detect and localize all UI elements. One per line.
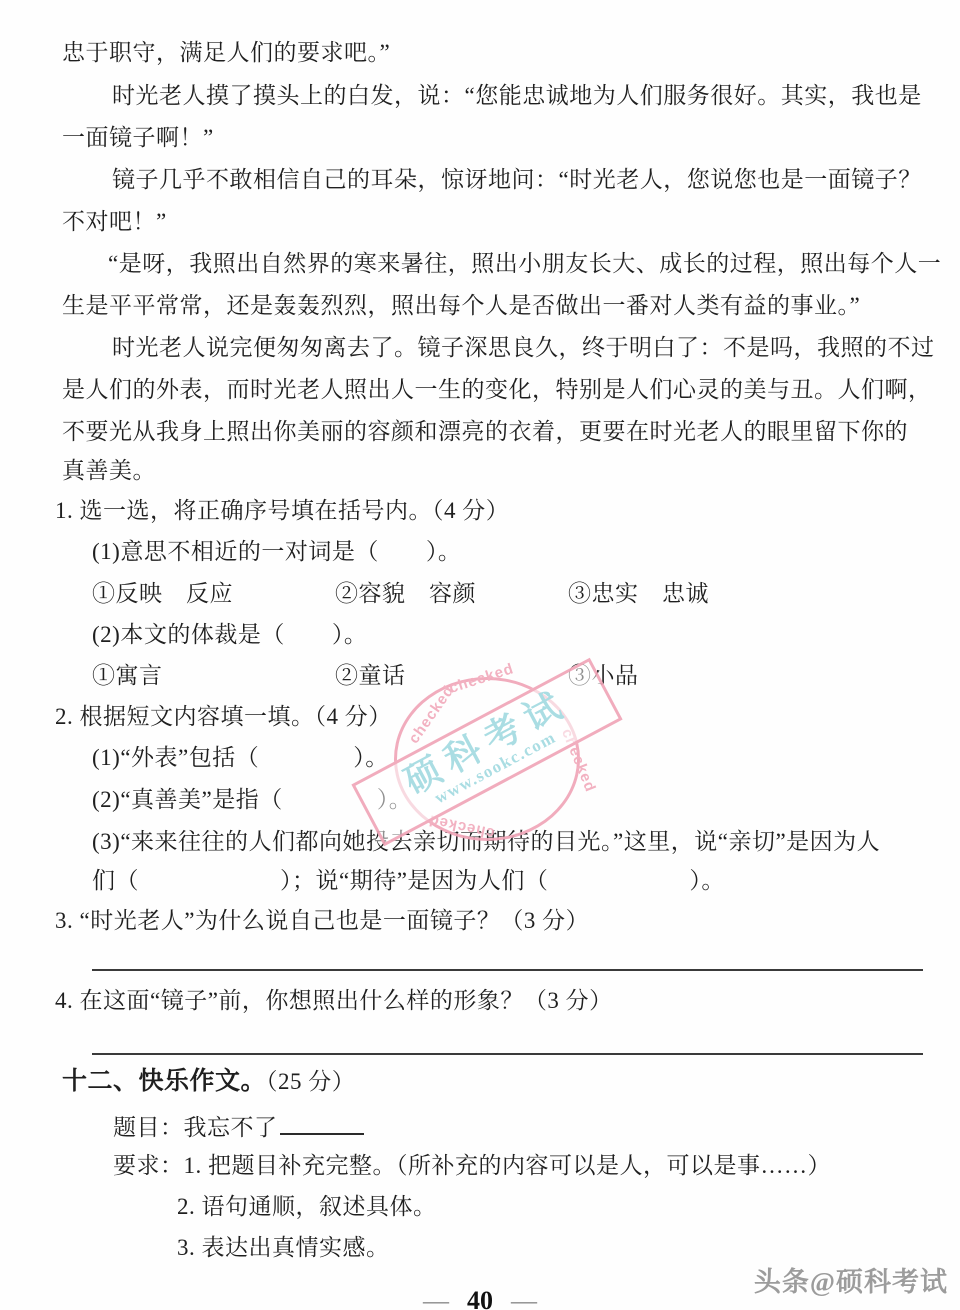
reading-line: 镜子几乎不敢相信自己的耳朵，惊讶地问：“时光老人，您说您也是一面镜子？ [112,165,922,195]
question-4-title: 4. 在这面“镜子”前，你想照出什么样的形象？（3 分） [55,986,613,1016]
composition-heading: 十二、快乐作文。（25 分） [62,1066,355,1097]
composition-requirement-1: 要求：1. 把题目补充完整。（所补充的内容可以是人，可以是事……） [113,1151,831,1181]
composition-heading-title: 十二、快乐作文。 [62,1067,266,1095]
stamp-circle-ring [394,677,580,841]
option-item: ①反映 反应 [92,579,233,609]
answer-line [92,1053,923,1055]
question-2-sub-3: (3)“来来往往的人们都向她投去亲切而期待的目光。”这里，说“亲切”是因为人 [92,827,880,857]
question-2-sub-1: (1)“外表”包括（ ）。 [92,743,389,773]
option-item: ③忠实 忠诚 [568,579,709,609]
reading-line: “是呀，我照出自然界的寒来暑往，照出小朋友长大、成长的过程，照出每个人一 [108,249,941,279]
page-number: —40— [0,1286,960,1310]
reading-line: 是人们的外表，而时光老人照出人一生的变化，特别是人们心灵的美与丑。人们啊， [62,375,932,405]
question-2-sub-3-cont: 们（ ）；说“期待”是因为人们（ ）。 [92,866,725,896]
question-3-title: 3. “时光老人”为什么说自己也是一面镜子？（3 分） [55,906,589,936]
test-paper-page: { "reading": { "lines": [ "忠于职守，满足人们的要求吧… [0,0,960,1310]
stamp-checked-text: checked [447,660,516,697]
composition-topic: 题目：我忘不了 [113,1110,364,1143]
question-1-title: 1. 选一选，将正确序号填在括号内。（4 分） [55,496,509,526]
reading-line: 忠于职守，满足人们的要求吧。” [62,38,390,68]
reading-line: 时光老人说完便匆匆离去了。镜子深思良久，终于明白了：不是吗，我照的不过 [112,333,935,363]
reading-line: 真善美。 [62,456,156,486]
question-1-sub-2: (2)本文的体裁是（ ）。 [92,620,367,650]
option-item: ②容貌 容颜 [335,579,476,609]
reading-line: 时光老人摸了摸头上的白发，说：“您能忠诚地为人们服务很好。其实，我也是 [112,81,922,111]
fill-in-blank-line [280,1110,364,1135]
option-item: ②童话 [335,661,406,691]
composition-topic-label: 题目：我忘不了 [113,1115,278,1140]
stamp-checked-text: checked [405,682,457,747]
composition-requirement-3: 3. 表达出真情实感。 [177,1233,390,1263]
stamp-url-text: www.sookc.com [432,728,559,807]
stamp-checked-text: checked [558,726,599,795]
reading-line: 不要光从我身上照出你美丽的容颜和漂亮的衣着，更要在时光老人的眼里留下你的 [62,417,908,447]
answer-line [92,969,923,971]
option-item: ③小品 [568,661,639,691]
page-number-dash: — [511,1286,537,1310]
option-item: ①寓言 [92,661,163,691]
reading-line: 生是平平常常，还是轰轰烈烈，照出每个人是否做出一番对人类有益的事业。” [62,291,860,321]
page-number-value: 40 [467,1286,493,1310]
question-2-sub-2: (2)“真善美”是指（ ）。 [92,785,412,815]
composition-requirement-2: 2. 语句通顺，叙述具体。 [177,1192,437,1222]
stamp-brand-text: 硕科考试 [391,684,575,805]
reading-line: 不对吧！” [62,207,167,237]
composition-heading-score: （25 分） [266,1069,355,1094]
page-number-dash: — [423,1286,449,1310]
question-2-title: 2. 根据短文内容填一填。（4 分） [55,702,392,732]
question-1-sub-1: (1)意思不相近的一对词是（ ）。 [92,537,461,567]
reading-line: 一面镜子啊！” [62,123,214,153]
